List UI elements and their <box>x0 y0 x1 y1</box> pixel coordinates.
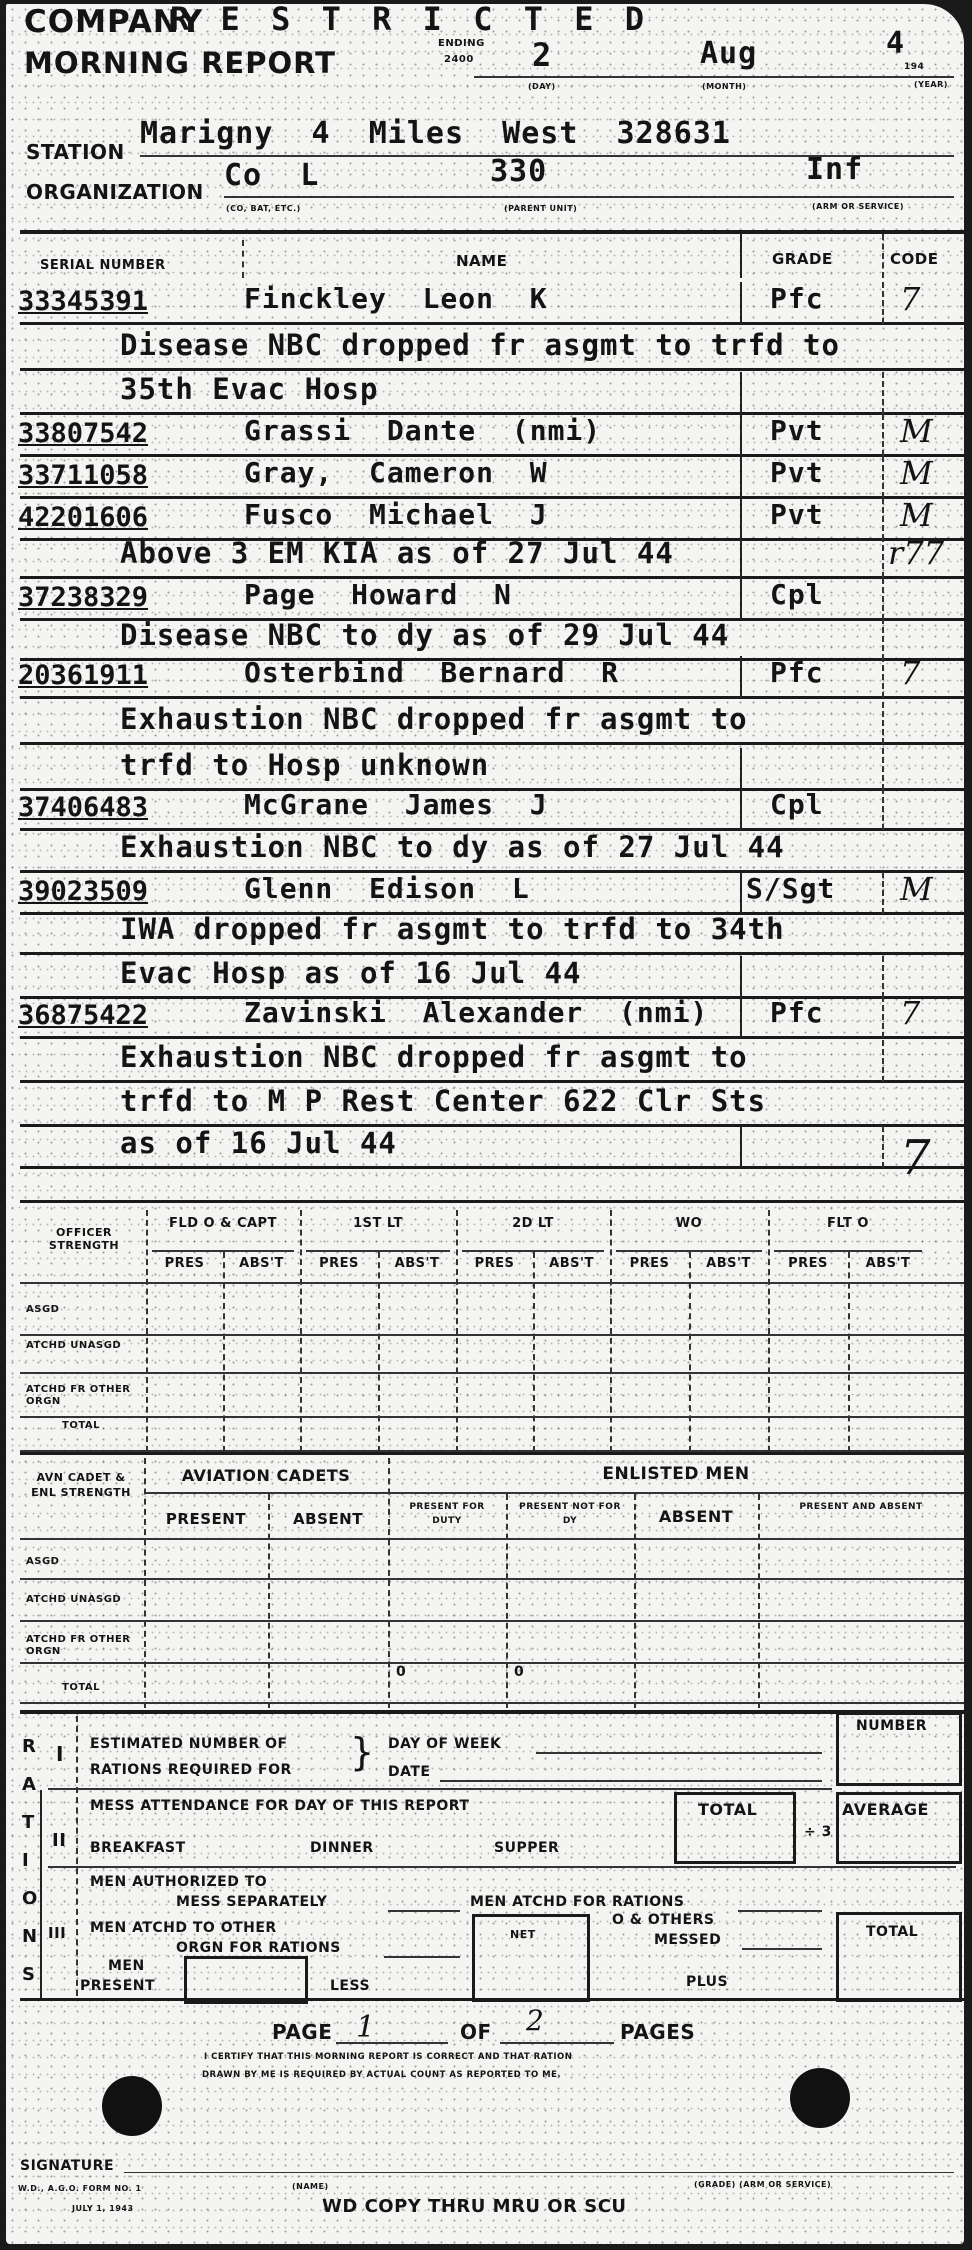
remark-text: trfd to M P Rest Center 622 Clr Sts <box>120 1084 766 1118</box>
grade-caption: (GRADE) (ARM OR SERVICE) <box>694 2180 831 2189</box>
soldier-name: Gray, Cameron W <box>244 456 548 489</box>
table-row: Exhaustion NBC dropped fr asgmt to <box>0 702 972 744</box>
org-unit: Co L <box>224 158 319 193</box>
serial-number: 33345391 <box>18 286 148 317</box>
officer-row-label: ASGD <box>26 1304 136 1316</box>
col-serial-number: SERIAL NUMBER <box>40 258 166 273</box>
officer-group-header: FLD O & CAPT <box>146 1216 300 1231</box>
soldier-name: Zavinski Alexander (nmi) <box>244 996 708 1029</box>
enlisted-row-label: TOTAL <box>26 1682 174 1694</box>
table-row: Exhaustion NBC dropped fr asgmt to <box>0 1040 972 1082</box>
ending-label: ENDING <box>438 38 485 49</box>
of-label: OF <box>460 2020 492 2044</box>
code: 7 <box>900 654 920 692</box>
restricted-stamp: R E S T R I C T E D <box>170 0 650 38</box>
brace-icon: } <box>350 1730 375 1774</box>
total-present-for-duty: 0 <box>396 1664 406 1680</box>
absent-subheader: ABS'T <box>848 1256 928 1271</box>
present-subheader: PRES <box>300 1256 378 1271</box>
year-prefix: 194 <box>904 62 924 72</box>
section-iii: III <box>48 1924 66 1942</box>
ending-time: 2400 <box>444 54 474 65</box>
grade: Pvt <box>770 456 824 489</box>
table-row: IWA dropped fr asgmt to trfd to 34th <box>0 912 972 954</box>
table-row: 37238329Page Howard NCpl <box>0 578 972 620</box>
serial-number: 33711058 <box>18 460 148 491</box>
table-row: Disease NBC dropped fr asgmt to trfd to <box>0 328 972 370</box>
certification-text-1: I CERTIFY THAT THIS MORNING REPORT IS CO… <box>204 2052 572 2062</box>
serial-number: 42201606 <box>18 502 148 533</box>
rations-side-letter: R <box>22 1736 36 1757</box>
officer-strength-header: OFFICER STRENGTH <box>26 1226 142 1252</box>
absent-subheader: ABS'T <box>378 1256 456 1271</box>
estimated-rations-label-2: RATIONS REQUIRED FOR <box>90 1762 292 1778</box>
table-row: Disease NBC to dy as of 29 Jul 44 <box>0 618 972 660</box>
punch-hole-right-icon <box>790 2068 850 2128</box>
grade: Cpl <box>770 788 824 821</box>
org-arm-service: Inf <box>806 152 863 187</box>
code: M <box>900 454 933 492</box>
present-subheader: PRES <box>610 1256 689 1271</box>
o-others-label-1: O & OTHERS <box>612 1912 714 1928</box>
soldier-name: Grassi Dante (nmi) <box>244 414 601 447</box>
absent-subheader: ABS'T <box>533 1256 610 1271</box>
serial-number: 39023509 <box>18 876 148 907</box>
enlisted-col-header: PRESENT FOR DUTY <box>388 1500 506 1528</box>
code: 7 <box>900 1130 931 1186</box>
soldier-name: Osterbind Bernard R <box>244 656 619 689</box>
soldier-name: Page Howard N <box>244 578 512 611</box>
remark-text: Disease NBC dropped fr asgmt to trfd to <box>120 328 840 362</box>
mess-total-label: TOTAL <box>698 1800 757 1819</box>
present-subheader: PRES <box>146 1256 223 1271</box>
enlisted-col-header: PRESENT NOT FOR DY <box>506 1500 634 1528</box>
men-atchd-for-rations-field[interactable] <box>738 1910 822 1912</box>
serial-number: 36875422 <box>18 1000 148 1031</box>
day-of-week-label: DAY OF WEEK <box>388 1736 501 1752</box>
page-number: 1 <box>356 2010 375 2045</box>
date-label: DATE <box>388 1764 430 1780</box>
present-subheader: PRES <box>456 1256 533 1271</box>
o-others-label-2: MESSED <box>654 1932 721 1948</box>
cadets-col-header: ABSENT <box>268 1510 388 1528</box>
mess-attendance-label: MESS ATTENDANCE FOR DAY OF THIS REPORT <box>90 1798 469 1814</box>
grade: Pfc <box>770 282 824 315</box>
present-subheader: PRES <box>768 1256 848 1271</box>
section-i: I <box>56 1742 64 1766</box>
rations-side-letter: T <box>22 1812 35 1833</box>
day-caption: (DAY) <box>528 82 556 91</box>
rations-total-label: TOTAL <box>866 1924 918 1940</box>
page-label: PAGE <box>272 2020 332 2044</box>
grade: Pvt <box>770 414 824 447</box>
rations-side-letter: O <box>22 1888 38 1909</box>
grade: Pvt <box>770 498 824 531</box>
aviation-cadets-header: AVIATION CADETS <box>144 1466 388 1485</box>
rations-side-letter: A <box>22 1774 36 1795</box>
soldier-name: Fusco Michael J <box>244 498 548 531</box>
table-row: 20361911Osterbind Bernard RPfc7 <box>0 656 972 698</box>
men-present-label-1: MEN <box>108 1958 145 1974</box>
col-grade: GRADE <box>772 250 833 268</box>
remark-text: IWA dropped fr asgmt to trfd to 34th <box>120 912 785 946</box>
soldier-name: McGrane James J <box>244 788 548 821</box>
rations-side-letter: S <box>22 1964 35 1985</box>
form-date: JULY 1, 1943 <box>72 2204 134 2213</box>
code: M <box>900 412 933 450</box>
absent-subheader: ABS'T <box>223 1256 300 1271</box>
org-parent-unit: 330 <box>490 154 547 189</box>
remark-text: Exhaustion NBC dropped fr asgmt to <box>120 1040 748 1074</box>
table-row: 39023509Glenn Edison LS/SgtM <box>0 872 972 914</box>
total-pages: 2 <box>526 2004 544 2037</box>
month-caption: (MONTH) <box>702 82 746 91</box>
date-field[interactable] <box>440 1780 822 1782</box>
rations-side-letter: N <box>22 1926 38 1947</box>
col-code: CODE <box>890 250 938 268</box>
signature-field[interactable] <box>124 2172 954 2173</box>
station-label: STATION <box>26 140 125 164</box>
serial-number: 20361911 <box>18 660 148 691</box>
table-row: Exhaustion NBC to dy as of 27 Jul 44 <box>0 830 972 872</box>
officer-group-header: FLT O <box>768 1216 928 1231</box>
remark-text: Exhaustion NBC dropped fr asgmt to <box>120 702 748 736</box>
table-row: 35th Evac Hosp <box>0 372 972 414</box>
soldier-name: Finckley Leon K <box>244 282 548 315</box>
table-row: 33807542Grassi Dante (nmi)PvtM <box>0 414 972 456</box>
report-day: 2 <box>532 36 552 74</box>
remark-text: Exhaustion NBC to dy as of 27 Jul 44 <box>120 830 785 864</box>
plus-label: PLUS <box>686 1974 728 1990</box>
table-row: trfd to Hosp unknown <box>0 748 972 790</box>
supper-label: SUPPER <box>494 1840 559 1856</box>
officer-row-label: TOTAL <box>26 1420 172 1432</box>
certification-text-2: DRAWN BY ME IS REQUIRED BY ACTUAL COUNT … <box>202 2070 561 2080</box>
report-month: Aug <box>700 36 757 71</box>
signature-label: SIGNATURE <box>20 2158 114 2174</box>
remark-text: trfd to Hosp unknown <box>120 748 489 782</box>
code: r77 <box>888 534 944 572</box>
table-row: Above 3 EM KIA as of 27 Jul 44r77 <box>0 536 972 578</box>
organization-label: ORGANIZATION <box>26 180 204 204</box>
code: M <box>900 870 933 908</box>
form-title-morning-report: MORNING REPORT <box>24 46 336 80</box>
table-row: 36875422Zavinski Alexander (nmi)Pfc7 <box>0 996 972 1038</box>
form-number: W.D., A.G.O. FORM NO. 1 <box>18 2184 142 2193</box>
remark-text: as of 16 Jul 44 <box>120 1126 397 1160</box>
enlisted-row-label: ASGD <box>26 1556 138 1568</box>
men-present-label-2: PRESENT <box>80 1978 155 1994</box>
col-name: NAME <box>456 252 507 270</box>
serial-number: 33807542 <box>18 418 148 449</box>
men-atchd-other-field[interactable] <box>384 1956 460 1958</box>
estimated-rations-label-1: ESTIMATED NUMBER OF <box>90 1736 288 1752</box>
enlisted-men-header: ENLISTED MEN <box>388 1464 964 1484</box>
number-label: NUMBER <box>856 1718 927 1734</box>
officer-group-header: WO <box>610 1216 768 1231</box>
remark-text: 35th Evac Hosp <box>120 372 378 406</box>
table-row: 33711058Gray, Cameron WPvtM <box>0 456 972 498</box>
table-row: as of 16 Jul 447 <box>0 1126 972 1168</box>
men-authorized-label-2: MESS SEPARATELY <box>176 1894 327 1910</box>
men-atchd-for-rations-label: MEN ATCHD FOR RATIONS <box>470 1894 684 1910</box>
copy-note: WD COPY THRU MRU OR SCU <box>322 2196 627 2217</box>
pages-label: PAGES <box>620 2020 695 2044</box>
table-row: 42201606Fusco Michael JPvtM <box>0 498 972 540</box>
soldier-name: Glenn Edison L <box>244 872 530 905</box>
total-present-not-for-duty: 0 <box>514 1664 524 1680</box>
dinner-label: DINNER <box>310 1840 374 1856</box>
divide-by-three: ÷ 3 <box>804 1824 832 1840</box>
name-caption: (NAME) <box>292 2182 329 2191</box>
average-label: AVERAGE <box>842 1800 929 1819</box>
org-parent-caption: (PARENT UNIT) <box>504 204 577 213</box>
enlisted-col-header: PRESENT AND ABSENT <box>758 1500 964 1514</box>
serial-number: 37238329 <box>18 582 148 613</box>
men-present-box[interactable] <box>184 1956 308 2004</box>
enlisted-col-header: ABSENT <box>634 1508 758 1526</box>
grade: Pfc <box>770 656 824 689</box>
grade: Pfc <box>770 996 824 1029</box>
officer-row-label: ATCHD FR OTHER ORGN <box>26 1384 136 1408</box>
code: 7 <box>900 280 920 318</box>
men-atchd-other-label-1: MEN ATCHD TO OTHER <box>90 1920 277 1936</box>
absent-subheader: ABS'T <box>689 1256 768 1271</box>
day-of-week-field[interactable] <box>536 1752 822 1754</box>
serial-number: 37406483 <box>18 792 148 823</box>
net-label: NET <box>510 1928 536 1941</box>
org-arm-caption: (ARM OR SERVICE) <box>812 202 904 211</box>
enlisted-strength-header: AVN CADET & ENL STRENGTH <box>22 1470 140 1500</box>
mess-separately-field[interactable] <box>388 1910 460 1912</box>
men-atchd-other-label-2: ORGN FOR RATIONS <box>176 1940 341 1956</box>
men-authorized-label-1: MEN AUTHORIZED TO <box>90 1874 267 1890</box>
grade: Cpl <box>770 578 824 611</box>
officer-row-label: ATCHD UNASGD <box>26 1340 136 1352</box>
enlisted-row-label: ATCHD UNASGD <box>26 1594 138 1606</box>
section-ii: II <box>52 1830 66 1851</box>
cadets-col-header: PRESENT <box>144 1510 268 1528</box>
station-value: Marigny 4 Miles West 328631 <box>140 116 731 151</box>
officer-group-header: 2D LT <box>456 1216 610 1231</box>
rations-side-letter: I <box>22 1850 29 1871</box>
table-row: trfd to M P Rest Center 622 Clr Sts <box>0 1084 972 1126</box>
punch-hole-left-icon <box>102 2076 162 2136</box>
breakfast-label: BREAKFAST <box>90 1840 186 1856</box>
code: 7 <box>900 994 920 1032</box>
grade: S/Sgt <box>746 872 835 905</box>
code: M <box>900 496 933 534</box>
o-others-field[interactable] <box>742 1948 822 1950</box>
enlisted-row-label: ATCHD FR OTHER ORGN <box>26 1634 138 1658</box>
officer-group-header: 1ST LT <box>300 1216 456 1231</box>
report-year: 4 <box>886 26 905 61</box>
year-caption: (YEAR) <box>914 80 948 89</box>
table-row: 37406483McGrane James JCpl <box>0 788 972 830</box>
table-row: 33345391Finckley Leon KPfc7 <box>0 282 972 324</box>
org-unit-caption: (CO, BAT, ETC.) <box>226 204 301 213</box>
remark-text: Evac Hosp as of 16 Jul 44 <box>120 956 582 990</box>
remark-text: Disease NBC to dy as of 29 Jul 44 <box>120 618 729 652</box>
less-label: LESS <box>330 1978 370 1994</box>
remark-text: Above 3 EM KIA as of 27 Jul 44 <box>120 536 674 570</box>
table-row: Evac Hosp as of 16 Jul 44 <box>0 956 972 998</box>
